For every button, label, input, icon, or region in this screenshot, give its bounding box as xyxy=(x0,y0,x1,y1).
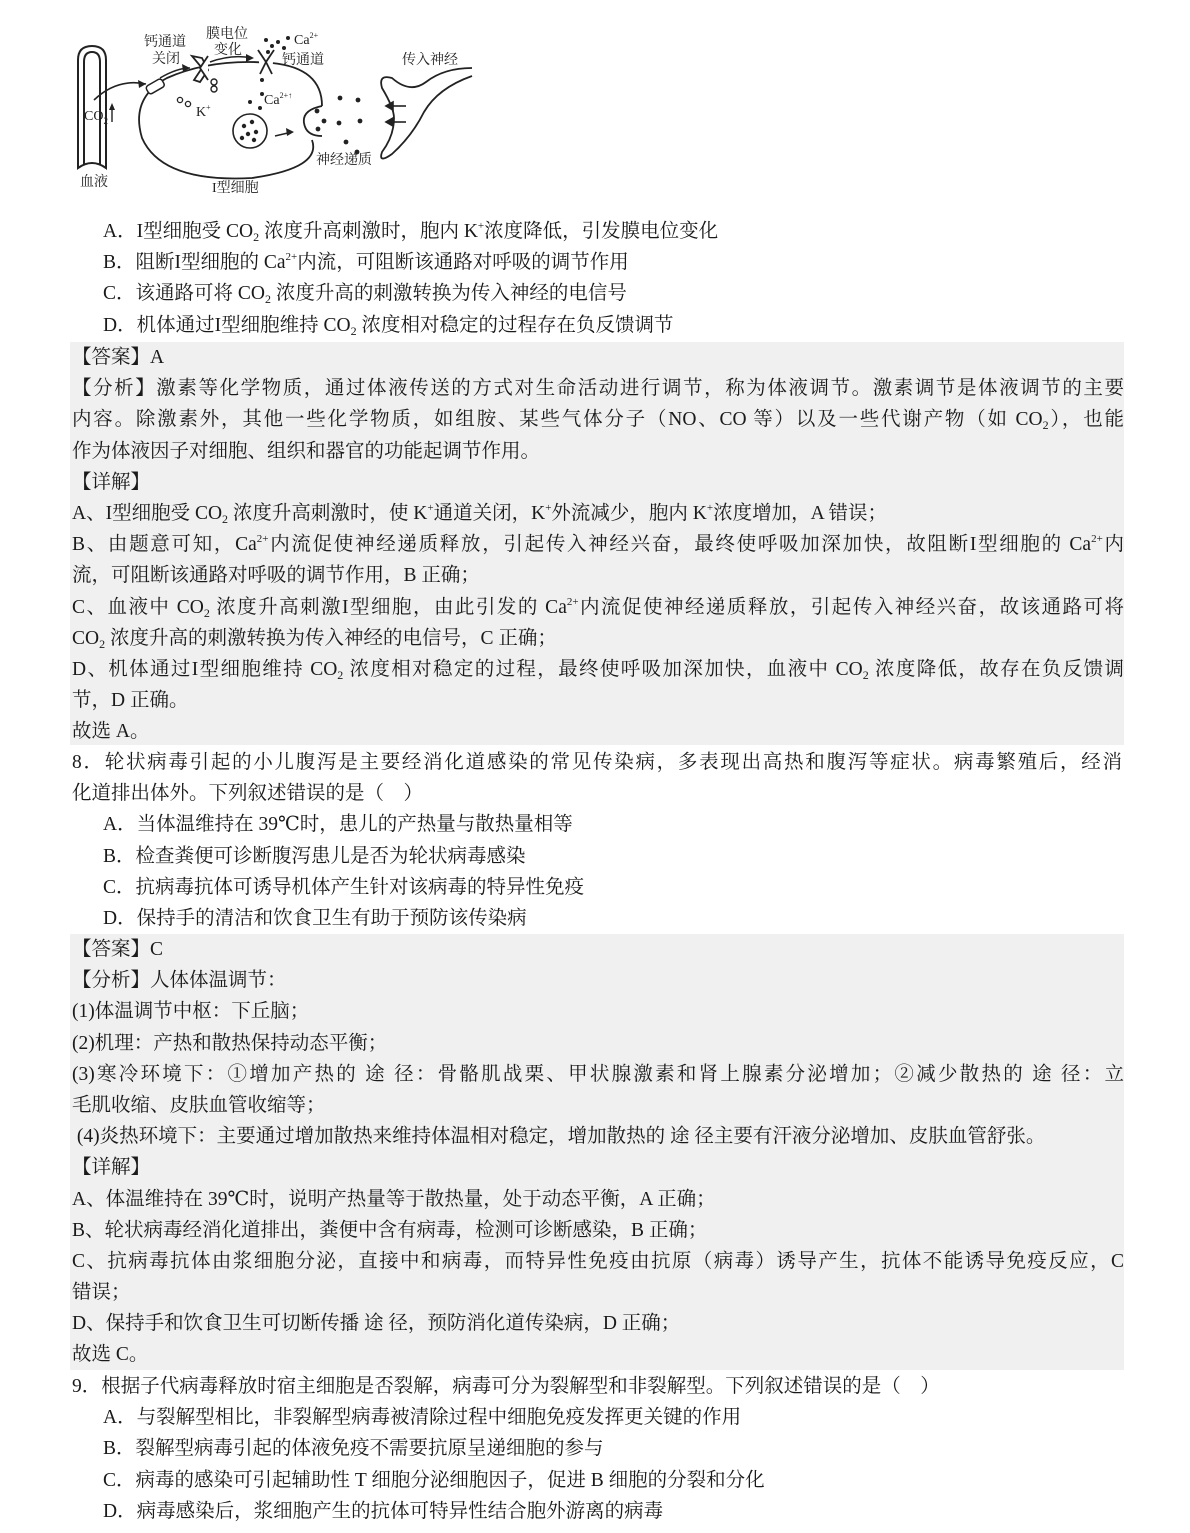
blood-vessel-shape xyxy=(78,46,106,168)
q8-stem-line-2: 化道排出体外。下列叙述错误的是（ ） xyxy=(72,778,1122,809)
label-potential-change-2: 变化 xyxy=(214,41,242,58)
q8-analysis-point-1: (1)体温调节中枢：下丘脑； xyxy=(72,996,1124,1027)
label-type1-cell: I型细胞 xyxy=(212,179,259,196)
q8-solution-box: 【答案】C 【分析】人体体温调节： (1)体温调节中枢：下丘脑； (2)机理：产… xyxy=(70,934,1124,1370)
q7-detail-c-1: C、血液中 CO2 浓度升高刺激I型细胞，由此引发的 Ca2+内流促使神经递质释… xyxy=(72,592,1124,623)
label-co2: CO2 xyxy=(84,109,108,126)
calcium-channel-icon xyxy=(258,50,274,74)
q9-option-a: A．与裂解型相比，非裂解型病毒被清除过程中细胞免疫发挥更关键的作用 xyxy=(72,1402,1122,1433)
q7-conclusion: 故选 A。 xyxy=(72,716,1124,747)
q7-analysis-line-3: 作为体液因子对细胞、组织和器官的功能起调节作用。 xyxy=(72,436,1124,467)
q7-detail-heading: 【详解】 xyxy=(72,467,1124,498)
q8-analysis-title: 【分析】人体体温调节： xyxy=(72,965,1124,996)
q7-option-d: D．机体通过I型细胞维持 CO2 浓度相对稳定的过程存在负反馈调节 xyxy=(72,310,1122,341)
label-calcium-channel: 钙通道 xyxy=(282,52,324,68)
q7-answer: 【答案】A xyxy=(72,342,1124,373)
q9-option-c: C．病毒的感染可引起辅助性 T 细胞分泌细胞因子，促进 B 细胞的分裂和分化 xyxy=(72,1465,1122,1496)
q7-detail-b-2: 流，可阻断该通路对呼吸的调节作用，B 正确； xyxy=(72,560,1124,591)
q8-detail-c-1: C、抗病毒抗体由浆细胞分泌，直接中和病毒，而特异性免疫由抗原（病毒）诱导产生，抗… xyxy=(72,1246,1124,1277)
q8-detail-heading: 【详解】 xyxy=(72,1152,1124,1183)
q8-detail-b: B、轮状病毒经消化道排出，粪便中含有病毒，检测可诊断感染，B 正确； xyxy=(72,1215,1124,1246)
label-potential-change-1: 膜电位 xyxy=(206,25,248,42)
q8-analysis-point-4: (4)炎热环境下：主要通过增加散热来维持体温相对稳定，增加散热的 途 径主要有汗… xyxy=(72,1121,1124,1152)
label-ca-outside: Ca2+ xyxy=(294,31,319,48)
q7-detail-a: A、I型细胞受 CO2 浓度升高刺激时，使 K+通道关闭，K+外流减少，胞内 K… xyxy=(72,498,1124,529)
label-neurotransmitter: 神经递质 xyxy=(316,151,372,168)
diagram-svg: 钙通道 关闭 膜电位 变化 Ca2+ 钙通道 传入神经 CO2 K+ Ca2+↑… xyxy=(72,18,482,200)
q9-question: 9．根据子代病毒释放时宿主细胞是否裂解，病毒可分为裂解型和非裂解型。下列叙述错误… xyxy=(72,1371,1122,1527)
q7-option-a: A．I型细胞受 CO2 浓度升高刺激时，胞内 K+浓度降低，引发膜电位变化 xyxy=(72,216,1122,247)
q8-option-b: B．检查粪便可诊断腹泻患儿是否为轮状病毒感染 xyxy=(72,841,1122,872)
q7-analysis-line-2: 内容。除激素外，其他一些化学物质，如组胺、某些气体分子（NO、CO 等）以及一些… xyxy=(72,404,1124,435)
q8-analysis-point-2: (2)机理：产热和散热保持动态平衡； xyxy=(72,1028,1124,1059)
label-blood: 血液 xyxy=(80,173,108,190)
q9-option-d: D．病毒感染后，浆细胞产生的抗体可特异性结合胞外游离的病毒 xyxy=(72,1496,1122,1527)
q9-option-b: B．裂解型病毒引起的体液免疫不需要抗原呈递细胞的参与 xyxy=(72,1433,1122,1464)
q7-solution-box: 【答案】A 【分析】激素等化学物质，通过体液传送的方式对生命活动进行调节，称为体… xyxy=(70,342,1124,745)
q7-options: A．I型细胞受 CO2 浓度升高刺激时，胞内 K+浓度降低，引发膜电位变化 B．… xyxy=(72,216,1122,341)
label-afferent-nerve: 传入神经 xyxy=(402,51,458,68)
label-channel-closed-2: 关闭 xyxy=(152,50,180,67)
afferent-nerve-shape xyxy=(381,68,472,159)
q8-analysis-point-3-cont: 毛肌收缩、皮肤血管收缩等； xyxy=(72,1090,1124,1121)
q8-option-d: D．保持手的清洁和饮食卫生有助于预防该传染病 xyxy=(72,903,1122,934)
q8-conclusion: 故选 C。 xyxy=(72,1339,1124,1370)
q8-answer: 【答案】C xyxy=(72,934,1124,965)
q7-option-c: C．该通路可将 CO2 浓度升高的刺激转换为传入神经的电信号 xyxy=(72,278,1122,309)
cell-membrane-shape xyxy=(139,62,322,179)
q8-detail-d: D、保持手和饮食卫生可切断传播 途 径，预防消化道传染病，D 正确； xyxy=(72,1308,1124,1339)
type1-cell-diagram: 钙通道 关闭 膜电位 变化 Ca2+ 钙通道 传入神经 CO2 K+ Ca2+↑… xyxy=(72,18,482,200)
q8-detail-c-2: 错误； xyxy=(72,1277,1124,1308)
q8-detail-a: A、体温维持在 39℃时，说明产热量等于散热量，处于动态平衡，A 正确； xyxy=(72,1184,1124,1215)
q8-option-c: C．抗病毒抗体可诱导机体产生针对该病毒的特异性免疫 xyxy=(72,872,1122,903)
q8-option-a: A．当体温维持在 39℃时，患儿的产热量与散热量相等 xyxy=(72,809,1122,840)
q7-detail-b-1: B、由题意可知，Ca2+内流促使神经递质释放，引起传入神经兴奋，最终使呼吸加深加… xyxy=(72,529,1124,560)
label-k-ion: K+ xyxy=(196,103,211,120)
q8-analysis-point-3: (3)寒冷环境下：①增加产热的 途 径：骨骼肌战栗、甲状腺激素和肾上腺素分泌增加… xyxy=(72,1059,1124,1090)
q7-detail-c-2: CO2 浓度升高的刺激转换为传入神经的电信号，C 正确； xyxy=(72,623,1124,654)
q8-stem-line-1: 8．轮状病毒引起的小儿腹泻是主要经消化道感染的常见传染病，多表现出高热和腹泻等症… xyxy=(72,747,1122,778)
q7-option-b: B．阻断I型细胞的 Ca2+内流，可阻断该通路对呼吸的调节作用 xyxy=(72,247,1122,278)
q7-detail-d-2: 节，D 正确。 xyxy=(72,685,1124,716)
q7-detail-d-1: D、机体通过I型细胞维持 CO2 浓度相对稳定的过程，最终使呼吸加深加快，血液中… xyxy=(72,654,1124,685)
q8-question: 8．轮状病毒引起的小儿腹泻是主要经消化道感染的常见传染病，多表现出高热和腹泻等症… xyxy=(72,747,1122,934)
label-channel-closed-1: 钙通道 xyxy=(144,34,186,50)
label-ca-inside: Ca2+↑ xyxy=(264,91,292,108)
q7-analysis-line-1: 【分析】激素等化学物质，通过体液传送的方式对生命活动进行调节，称为体液调节。激素… xyxy=(72,373,1124,404)
q9-stem: 9．根据子代病毒释放时宿主细胞是否裂解，病毒可分为裂解型和非裂解型。下列叙述错误… xyxy=(72,1371,1122,1402)
